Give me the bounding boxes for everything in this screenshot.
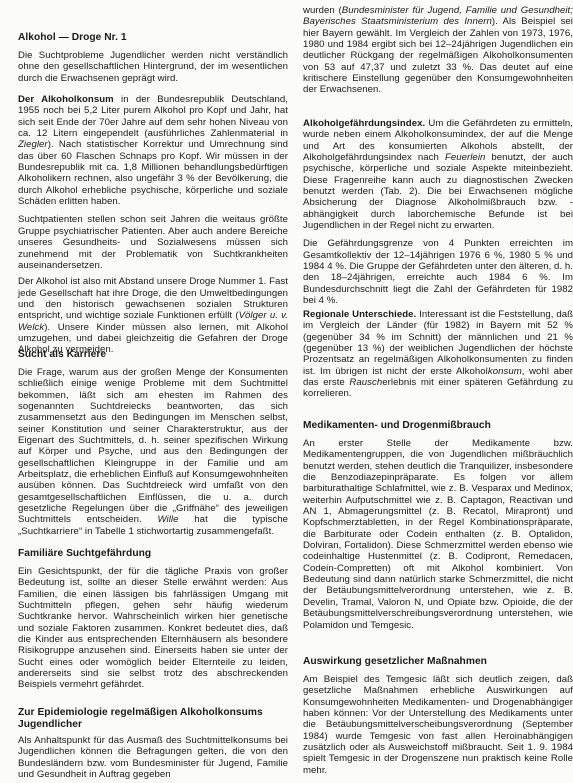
citation: Wille (158, 514, 179, 525)
section-sucht-als-karriere: Sucht als Karriere Die Frage, warum aus … (18, 349, 288, 537)
section-regionale-unterschiede: Regionale Unterschiede. Interessant ist … (303, 309, 573, 400)
text: benutzt, der auch psychische, körperlich… (303, 152, 573, 231)
paragraph: An erster Stelle der Medikamente bzw. Me… (303, 438, 573, 631)
section-medikamenten-drogenmissbrauch: Medikamenten- und Drogenmißbrauch An ers… (303, 420, 573, 631)
section-alkohol-droge-nr-1: Alkohol — Droge Nr. 1 Die Suchtprobleme … (18, 32, 288, 356)
text: Die Frage, warum aus der großen Menge de… (18, 367, 288, 525)
section-heading: Alkohol — Droge Nr. 1 (18, 32, 288, 44)
lead-term: Alkoholgefährdungsindex. (303, 118, 425, 129)
section-alkoholgefaehrdungsindex: Alkoholgefährdungsindex. Um die Gefährde… (303, 118, 573, 307)
paragraph: Der Alkoholkonsum in der Bundesrepublik … (18, 94, 288, 207)
text: wurden ( (303, 5, 342, 16)
citation: Feuerlein (445, 152, 485, 163)
paragraph: Der Alkohol ist also mit Abstand unsere … (18, 276, 288, 355)
section-heading: Medikamenten- und Drogenmißbrauch (303, 420, 573, 432)
section-heading: Familiäre Suchtgefährdung (18, 548, 288, 560)
section-heading: Sucht als Karriere (18, 349, 288, 361)
lead-term: Der Alkoholkonsum (18, 94, 114, 105)
citation: Ziegler (18, 139, 48, 150)
text: ). Nach statistischer Korrektur und Umre… (18, 139, 288, 207)
paragraph: Alkoholgefährdungsindex. Um die Gefährde… (303, 118, 573, 231)
text: ). Als Beispiel sei hier Bayern gewählt.… (303, 16, 573, 95)
paragraph: Die Frage, warum aus der großen Menge de… (18, 367, 288, 537)
section-continued-survey: wurden (Bundesminister für Jugend, Famil… (303, 5, 573, 96)
lead-term: Regionale Unterschiede. (303, 309, 416, 320)
section-familiaere-suchtgefaehrdung: Familiäre Suchtgefährdung Ein Gesichtspu… (18, 548, 288, 691)
paragraph: Regionale Unterschiede. Interessant ist … (303, 309, 573, 400)
emphasis: Rausch (349, 377, 382, 388)
section-epidemiologie: Zur Epidemiologie regelmäßigen Alkoholko… (18, 707, 288, 780)
paragraph: Als Anhaltspunkt für das Ausmaß des Such… (18, 735, 288, 780)
paragraph: Ein Gesichtspunkt, der für die tägliche … (18, 566, 288, 691)
paragraph: Am Beispiel des Temgesic läßt sich deutl… (303, 674, 573, 776)
section-heading: Auswirkung gesetzlicher Maßnahmen (303, 656, 573, 668)
emphasis: konsum (488, 366, 522, 377)
paragraph: wurden (Bundesminister für Jugend, Famil… (303, 5, 573, 96)
section-auswirkung-gesetzlicher-massnahmen: Auswirkung gesetzlicher Maßnahmen Am Bei… (303, 656, 573, 776)
paragraph: Die Suchtprobleme Jugendlicher werden ni… (18, 50, 288, 84)
paragraph: Die Gefährdungsgrenze von 4 Punkten erre… (303, 238, 573, 306)
paragraph: Suchtpatienten stellen schon seit Jahren… (18, 214, 288, 271)
section-heading: Zur Epidemiologie regelmäßigen Alkoholko… (18, 707, 288, 731)
